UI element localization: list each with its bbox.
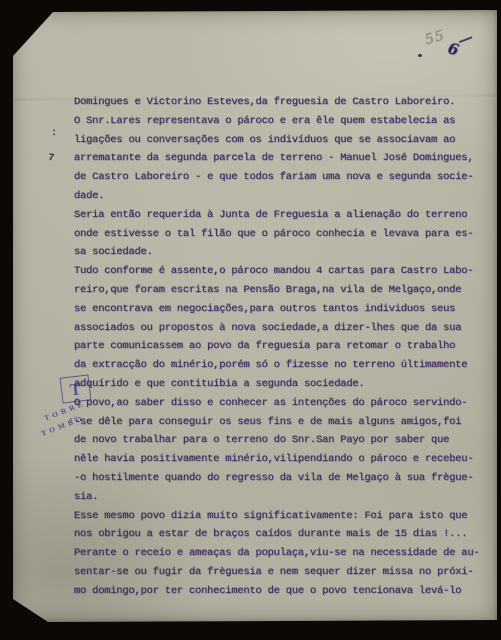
typewritten-text: Domingues e Victorino Esteves,da fregues… xyxy=(74,93,501,601)
text-line: da extracção do minério,porém só o fizes… xyxy=(74,356,501,375)
ink-squiggle-mark: 6 xyxy=(446,39,460,59)
text-line: Perante o receio e ameaças da populaça,v… xyxy=(74,544,501,563)
text-line: sia. xyxy=(74,488,501,507)
text-line: onde estivesse o tal filão que o pároco … xyxy=(74,225,501,244)
pencil-page-number: 55 xyxy=(423,28,446,49)
text-line: adquírido e que contituíbia a segunda so… xyxy=(74,375,501,394)
text-line: ligações ou conversações com os indivídu… xyxy=(74,131,501,150)
text-line: Esse mesmo povo dizia muito significativ… xyxy=(74,507,501,526)
text-line: de novo trabalhar para o terreno do Snr.… xyxy=(74,431,501,450)
stray-mark-seven: 7 xyxy=(47,153,54,165)
text-line: parte comunicassem ao povo da freguesia … xyxy=(74,337,501,356)
ink-dot xyxy=(418,54,422,57)
text-line: arrematante da segunda parcela de terren… xyxy=(74,149,501,168)
text-line: Tudo conforme é assente,o pároco mandou … xyxy=(74,262,501,281)
text-line: Domingues e Victorino Esteves,da fregues… xyxy=(74,93,501,112)
text-line: dade. xyxy=(74,187,501,206)
text-line: sa sociedade. xyxy=(74,243,501,262)
text-line: O Snr.Lares representava o pároco e era … xyxy=(74,112,501,131)
text-line: Seria então requerida à Junta de Fregues… xyxy=(74,206,501,225)
text-line: sentar-se ou fugir da frèguesia e nem se… xyxy=(74,563,501,582)
text-line: mo domingo,por ter conhecimento de que o… xyxy=(74,582,501,601)
document-page: 55 6 : 7 T TORRE DO TOMBO Domingues e Vi… xyxy=(11,10,497,622)
text-line: se encontrava em negociações,para outros… xyxy=(74,300,501,319)
stray-mark-colon: : xyxy=(51,128,57,139)
text-line: -se dêle para conseguir os seus fins e d… xyxy=(74,413,501,432)
text-line: de Castro Laboreiro - e que todos fariam… xyxy=(74,168,501,187)
text-line: reiro,que foram escritas na Pensão Braga… xyxy=(74,281,501,300)
text-line: associados ou propostos à nova sociedade… xyxy=(74,319,501,338)
text-line: O povo,ao saber disso e conhecer as inte… xyxy=(74,394,501,413)
text-line: nêle havia positivamente minério,vilipen… xyxy=(74,450,501,469)
text-line: -o hostilmente quando do regresso da vil… xyxy=(74,469,501,488)
text-line: nos obrigou a estar de braços caídos dur… xyxy=(74,525,501,544)
